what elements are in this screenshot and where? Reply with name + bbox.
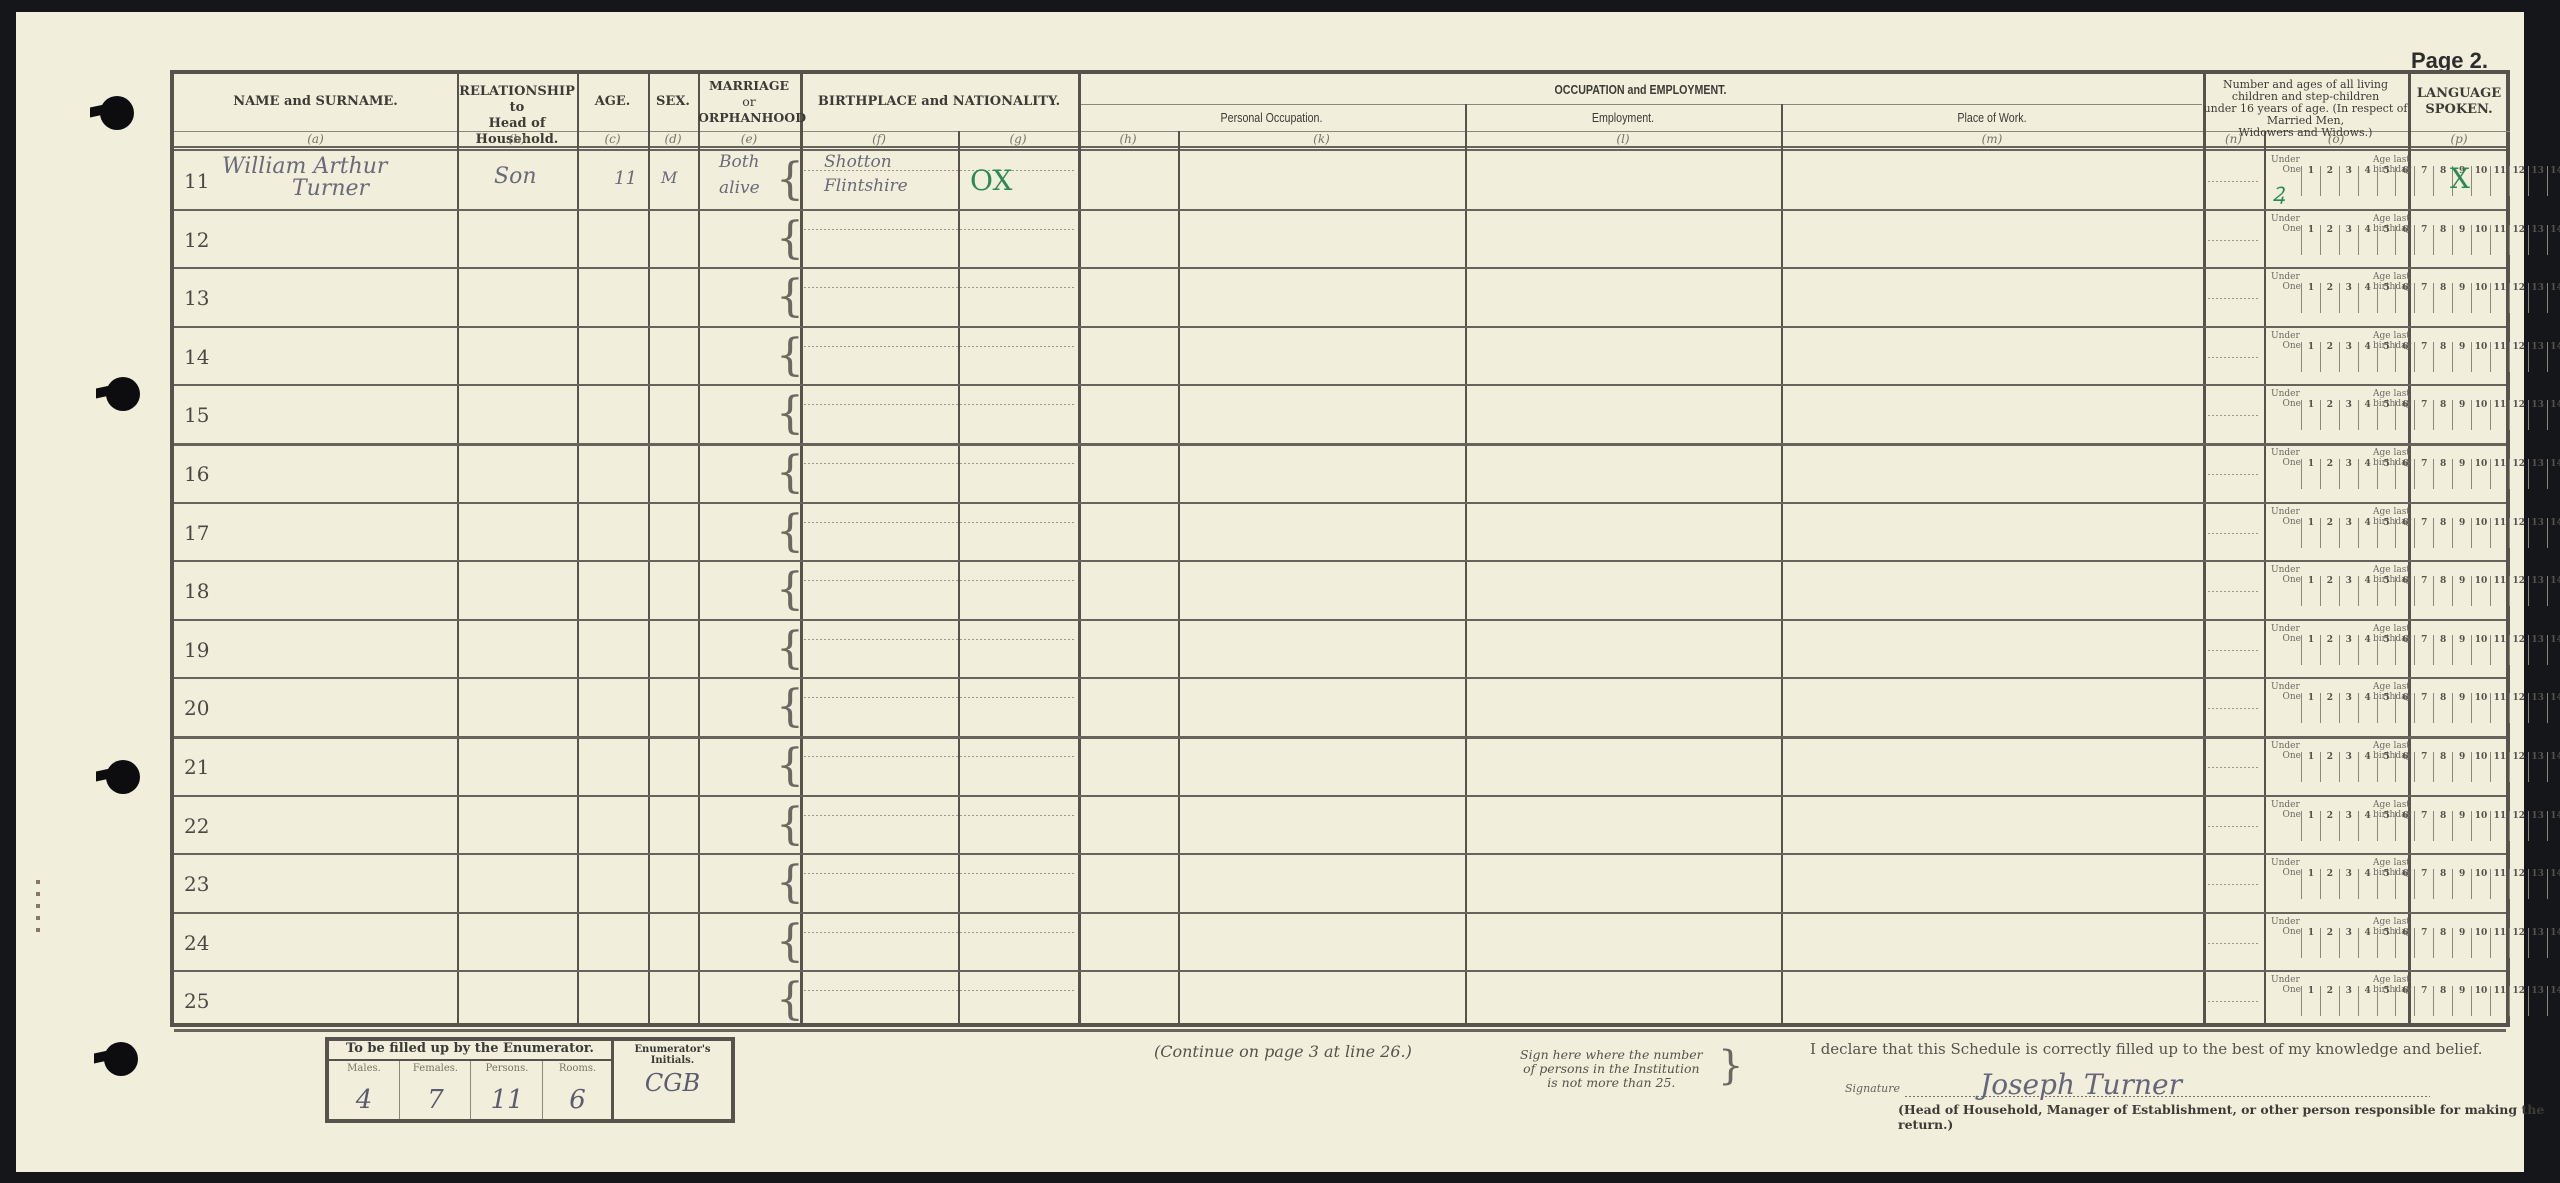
age-column-12: 12: [2509, 576, 2528, 606]
age-column-13: 13: [2528, 400, 2547, 430]
under-one-label: Under One: [2271, 975, 2301, 995]
birthplace-cell[interactable]: Shotton: [824, 152, 892, 172]
age-columns: 123456789101112131415: [2301, 225, 2560, 255]
age-column-6: 6: [2395, 811, 2414, 841]
table-row: 15 { Under One Age last birthday 1234567…: [174, 386, 2506, 445]
age-column-10: 10: [2471, 752, 2490, 782]
age-column-8: 8: [2433, 693, 2452, 723]
age-column-9: 9: [2452, 869, 2471, 899]
row-number: 11: [184, 169, 209, 193]
age-column-14: 14: [2547, 986, 2560, 1016]
age-column-7: 7: [2414, 693, 2433, 723]
age-column-12: 12: [2509, 869, 2528, 899]
brace-icon: {: [776, 861, 804, 905]
age-column-3: 3: [2339, 342, 2358, 372]
row-ruling: [804, 287, 1074, 288]
children-age-grid[interactable]: Under One Age last birthday 123456789101…: [2267, 388, 2407, 442]
age-column-7: 7: [2414, 283, 2433, 313]
age-column-7: 7: [2414, 166, 2433, 196]
age-column-5: 5: [2377, 928, 2396, 958]
column-letter-e: (e): [698, 132, 800, 146]
brace-icon: {: [776, 451, 804, 495]
age-column-10: 10: [2471, 576, 2490, 606]
row-ruling: [804, 522, 1074, 523]
age-column-10: 10: [2471, 459, 2490, 489]
age-column-3: 3: [2339, 635, 2358, 665]
row-number: 17: [184, 521, 209, 545]
age-column-2: 2: [2320, 869, 2339, 899]
nationality-check-mark[interactable]: OX: [970, 164, 1012, 197]
age-column-6: 6: [2395, 986, 2414, 1016]
age-column-10: 10: [2471, 342, 2490, 372]
marriage-cell[interactable]: Both: [719, 152, 760, 172]
declaration-text: I declare that this Schedule is correctl…: [1810, 1040, 2483, 1058]
age-column-2: 2: [2320, 400, 2339, 430]
age-column-10: 10: [2471, 166, 2490, 196]
age-column-1: 1: [2301, 225, 2320, 255]
children-age-grid[interactable]: Under One Age last birthday 123456789101…: [2267, 681, 2407, 735]
age-column-10: 10: [2471, 635, 2490, 665]
age-column-9: 9: [2452, 928, 2471, 958]
row-ruling: [2208, 474, 2260, 475]
age-column-6: 6: [2395, 459, 2414, 489]
column-letter-n: (n): [2203, 132, 2264, 146]
age-column-10: 10: [2471, 928, 2490, 958]
age-column-4: 4: [2358, 869, 2377, 899]
brace-icon: {: [776, 627, 804, 671]
males-value: 4: [329, 1085, 399, 1115]
rooms-field[interactable]: Rooms.6: [542, 1061, 612, 1119]
age-column-8: 8: [2433, 518, 2452, 548]
age-column-5: 5: [2377, 166, 2396, 196]
age-column-2: 2: [2320, 811, 2339, 841]
under-one-label: Under One: [2271, 272, 2301, 292]
table-row: 12 { Under One Age last birthday 1234567…: [174, 211, 2506, 270]
header-occupation: OCCUPATION and EMPLOYMENT.: [1179, 82, 2102, 98]
age-columns: 123456789101112131415: [2301, 752, 2560, 782]
age-column-4: 4: [2358, 752, 2377, 782]
age-column-5: 5: [2377, 811, 2396, 841]
females-label: Females.: [400, 1063, 471, 1074]
brace-icon: {: [776, 978, 804, 1022]
marriage-cell-line2[interactable]: alive: [719, 178, 760, 198]
age-column-9: 9: [2452, 459, 2471, 489]
row-ruling: [804, 697, 1074, 698]
age-column-4: 4: [2358, 166, 2377, 196]
age-column-4: 4: [2358, 576, 2377, 606]
age-column-8: 8: [2433, 811, 2452, 841]
age-column-6: 6: [2395, 283, 2414, 313]
enumerator-title: To be filled up by the Enumerator.: [329, 1041, 611, 1061]
age-column-14: 14: [2547, 635, 2560, 665]
age-column-9: 9: [2452, 283, 2471, 313]
row-ruling: [804, 932, 1074, 933]
column-letter-b: (b): [457, 132, 577, 146]
age-columns: 123456789101112131415: [2301, 342, 2560, 372]
age-column-7: 7: [2414, 342, 2433, 372]
age-column-1: 1: [2301, 869, 2320, 899]
age-column-3: 3: [2339, 693, 2358, 723]
row-ruling: [2208, 767, 2260, 768]
age-column-4: 4: [2358, 225, 2377, 255]
age-column-5: 5: [2377, 342, 2396, 372]
row-ruling: [804, 756, 1074, 757]
table-row: 25 { Under One Age last birthday 1234567…: [174, 972, 2506, 1031]
brace-icon: {: [776, 568, 804, 612]
rooms-value: 6: [543, 1085, 612, 1115]
under-one-label: Under One: [2271, 214, 2301, 234]
column-letter-h: (h): [1078, 132, 1178, 146]
row-ruling: [2208, 415, 2260, 416]
under-one-label: Under One: [2271, 682, 2301, 702]
age-column-11: 11: [2490, 225, 2509, 255]
age-column-6: 6: [2395, 869, 2414, 899]
children-age-grid[interactable]: Under One Age last birthday 123456789101…: [2267, 799, 2407, 853]
age-column-10: 10: [2471, 225, 2490, 255]
age-column-7: 7: [2414, 518, 2433, 548]
row-ruling: [804, 463, 1074, 464]
age-column-13: 13: [2528, 342, 2547, 372]
age-column-10: 10: [2471, 986, 2490, 1016]
age-column-8: 8: [2433, 752, 2452, 782]
age-column-14: 14: [2547, 459, 2560, 489]
children-age-grid[interactable]: Under One Age last birthday 123456789101…: [2267, 857, 2407, 911]
age-column-4: 4: [2358, 400, 2377, 430]
age-column-5: 5: [2377, 869, 2396, 899]
persons-field[interactable]: Persons.11: [470, 1061, 543, 1119]
age-column-12: 12: [2509, 928, 2528, 958]
age-column-14: 14: [2547, 225, 2560, 255]
table-row: 16 { Under One Age last birthday 1234567…: [174, 445, 2506, 504]
age-column-3: 3: [2339, 225, 2358, 255]
header-birthplace: BIRTHPLACE and NATIONALITY.: [800, 94, 1078, 110]
row-number: 19: [184, 638, 209, 662]
age-column-7: 7: [2414, 400, 2433, 430]
age-column-10: 10: [2471, 518, 2490, 548]
age-column-13: 13: [2528, 693, 2547, 723]
age-columns: 123456789101112131415: [2301, 166, 2560, 196]
age-column-12: 12: [2509, 400, 2528, 430]
age-column-11: 11: [2490, 635, 2509, 665]
under-one-label: Under One: [2271, 624, 2301, 644]
age-column-5: 5: [2377, 693, 2396, 723]
age-column-9: 9: [2452, 693, 2471, 723]
age-column-2: 2: [2320, 459, 2339, 489]
age-column-12: 12: [2509, 752, 2528, 782]
brace-icon: {: [776, 920, 804, 964]
age-columns: 123456789101112131415: [2301, 811, 2560, 841]
row-divider: [174, 1029, 2506, 1032]
row-ruling: [2208, 826, 2260, 827]
age-column-12: 12: [2509, 166, 2528, 196]
table-row: 14 { Under One Age last birthday 1234567…: [174, 328, 2506, 387]
age-column-3: 3: [2339, 459, 2358, 489]
age-column-14: 14: [2547, 811, 2560, 841]
age-column-12: 12: [2509, 225, 2528, 255]
age-column-6: 6: [2395, 928, 2414, 958]
row-number: 22: [184, 814, 209, 838]
age-column-12: 12: [2509, 283, 2528, 313]
under-one-label: Under One: [2271, 155, 2301, 175]
table-row: 17 { Under One Age last birthday 1234567…: [174, 504, 2506, 563]
age-column-5: 5: [2377, 576, 2396, 606]
column-letter-g: (g): [958, 132, 1078, 146]
age-column-13: 13: [2528, 811, 2547, 841]
rooms-label: Rooms.: [543, 1063, 612, 1074]
row-ruling: [2208, 298, 2260, 299]
age-column-11: 11: [2490, 693, 2509, 723]
age-column-6: 6: [2395, 225, 2414, 255]
age-column-13: 13: [2528, 518, 2547, 548]
females-value: 7: [400, 1085, 471, 1115]
age-column-13: 13: [2528, 459, 2547, 489]
age-column-4: 4: [2358, 518, 2377, 548]
age-column-3: 3: [2339, 576, 2358, 606]
age-column-5: 5: [2377, 283, 2396, 313]
age-column-7: 7: [2414, 576, 2433, 606]
age-cell[interactable]: 11: [614, 168, 637, 189]
brace-icon: {: [776, 334, 804, 378]
column-letter-o: (o): [2264, 132, 2408, 146]
language-check-mark[interactable]: X: [2450, 162, 2470, 195]
age-column-12: 12: [2509, 811, 2528, 841]
age-column-14: 14: [2547, 166, 2560, 196]
continue-note: (Continue on page 3 at line 26.): [1154, 1042, 1412, 1061]
age-column-3: 3: [2339, 518, 2358, 548]
age-column-13: 13: [2528, 576, 2547, 606]
age-column-1: 1: [2301, 928, 2320, 958]
row-ruling: [2208, 533, 2260, 534]
age-column-10: 10: [2471, 869, 2490, 899]
age-column-10: 10: [2471, 811, 2490, 841]
initials-label: Enumerator's Initials.: [614, 1044, 731, 1066]
age-column-4: 4: [2358, 928, 2377, 958]
persons-value: 11: [471, 1085, 543, 1115]
age-column-10: 10: [2471, 693, 2490, 723]
age-column-14: 14: [2547, 283, 2560, 313]
age-column-8: 8: [2433, 576, 2452, 606]
children-age-grid[interactable]: Under One Age last birthday 123456789101…: [2267, 564, 2407, 618]
age-column-4: 4: [2358, 342, 2377, 372]
persons-label: Persons.: [471, 1063, 543, 1074]
age-column-2: 2: [2320, 635, 2339, 665]
brace-icon: {: [776, 685, 804, 729]
age-column-1: 1: [2301, 400, 2320, 430]
row-number: 24: [184, 931, 209, 955]
age-column-5: 5: [2377, 518, 2396, 548]
column-letter-m: (m): [1781, 132, 2203, 146]
row-number: 13: [184, 286, 209, 310]
enumerator-initials-field[interactable]: Enumerator's Initials.CGB: [611, 1041, 731, 1119]
age-column-12: 12: [2509, 693, 2528, 723]
brace-icon: }: [1718, 1046, 1743, 1086]
brace-icon: {: [776, 217, 804, 261]
age-column-7: 7: [2414, 869, 2433, 899]
initials-value: CGB: [614, 1069, 731, 1097]
age-column-3: 3: [2339, 986, 2358, 1016]
age-column-10: 10: [2471, 400, 2490, 430]
age-column-1: 1: [2301, 459, 2320, 489]
age-column-1: 1: [2301, 518, 2320, 548]
under-one-label: Under One: [2271, 331, 2301, 351]
age-column-7: 7: [2414, 459, 2433, 489]
age-column-7: 7: [2414, 986, 2433, 1016]
header-name: NAME and SURNAME.: [174, 94, 457, 110]
punch-hole: [106, 760, 140, 794]
table-row: 22 { Under One Age last birthday 1234567…: [174, 797, 2506, 856]
row-ruling: [2208, 181, 2260, 182]
age-column-11: 11: [2490, 342, 2509, 372]
age-column-2: 2: [2320, 752, 2339, 782]
age-column-5: 5: [2377, 635, 2396, 665]
age-column-14: 14: [2547, 928, 2560, 958]
row-number: 18: [184, 579, 209, 603]
children-age-grid[interactable]: Under One Age last birthday 123456789101…: [2267, 506, 2407, 560]
age-column-6: 6: [2395, 693, 2414, 723]
header-sex: SEX.: [648, 94, 698, 110]
age-column-1: 1: [2301, 986, 2320, 1016]
row-number: 16: [184, 462, 209, 486]
column-letter-p: (p): [2408, 132, 2510, 146]
under-one-label: Under One: [2271, 741, 2301, 761]
sex-cell[interactable]: M: [661, 168, 677, 187]
birthplace-cell-line2[interactable]: Flintshire: [824, 176, 908, 196]
age-columns: 123456789101112131415: [2301, 459, 2560, 489]
age-column-2: 2: [2320, 518, 2339, 548]
row-number: 20: [184, 696, 209, 720]
under-one-label: Under One: [2271, 448, 2301, 468]
age-column-1: 1: [2301, 166, 2320, 196]
age-column-14: 14: [2547, 342, 2560, 372]
age-column-11: 11: [2490, 459, 2509, 489]
column-letter-c: (c): [577, 132, 648, 146]
age-column-1: 1: [2301, 811, 2320, 841]
age-column-8: 8: [2433, 225, 2452, 255]
children-age-grid[interactable]: Under One Age last birthday 123456789101…: [2267, 740, 2407, 794]
header-employment: Employment.: [1493, 110, 1752, 126]
age-column-8: 8: [2433, 869, 2452, 899]
children-age-grid[interactable]: Under One Age last birthday 123456789101…: [2267, 916, 2407, 970]
age-column-9: 9: [2452, 225, 2471, 255]
under-one-label: Under One: [2271, 917, 2301, 937]
males-field[interactable]: Males.4: [329, 1061, 399, 1119]
age-column-8: 8: [2433, 400, 2452, 430]
age-column-6: 6: [2395, 342, 2414, 372]
age-column-9: 9: [2452, 811, 2471, 841]
children-mark[interactable]: Ꝝ: [2272, 180, 2285, 207]
age-column-13: 13: [2528, 869, 2547, 899]
age-column-3: 3: [2339, 752, 2358, 782]
age-column-5: 5: [2377, 225, 2396, 255]
age-column-9: 9: [2452, 400, 2471, 430]
age-columns: 123456789101112131415: [2301, 518, 2560, 548]
surname-cell[interactable]: Turner: [292, 176, 369, 201]
age-column-9: 9: [2452, 342, 2471, 372]
row-ruling: [2208, 240, 2260, 241]
age-column-14: 14: [2547, 518, 2560, 548]
age-column-12: 12: [2509, 459, 2528, 489]
household-table: NAME and SURNAME. (a) RELATIONSHIP toHea…: [170, 70, 2510, 1027]
institution-note: Sign here where the numberof persons in …: [1520, 1048, 1703, 1090]
age-column-5: 5: [2377, 752, 2396, 782]
children-age-grid[interactable]: Under One Age last birthday 123456789101…: [2267, 330, 2407, 384]
header-personal-occupation: Personal Occupation.: [1113, 110, 1430, 126]
relationship-cell[interactable]: Son: [494, 164, 537, 189]
enumerator-box: To be filled up by the Enumerator. Males…: [325, 1037, 735, 1123]
children-age-grid[interactable]: Under One Age last birthday 123456789101…: [2267, 974, 2407, 1028]
age-column-9: 9: [2452, 986, 2471, 1016]
age-column-12: 12: [2509, 342, 2528, 372]
age-column-11: 11: [2490, 283, 2509, 313]
row-ruling: [2208, 650, 2260, 651]
age-column-4: 4: [2358, 459, 2377, 489]
column-letter-d: (d): [648, 132, 698, 146]
age-column-6: 6: [2395, 576, 2414, 606]
age-column-5: 5: [2377, 986, 2396, 1016]
punch-hole: [100, 96, 134, 130]
age-column-2: 2: [2320, 693, 2339, 723]
table-row: 21 { Under One Age last birthday 1234567…: [174, 738, 2506, 797]
age-column-2: 2: [2320, 342, 2339, 372]
age-column-7: 7: [2414, 225, 2433, 255]
age-column-6: 6: [2395, 635, 2414, 665]
age-column-2: 2: [2320, 928, 2339, 958]
age-columns: 123456789101112131415: [2301, 693, 2560, 723]
age-column-14: 14: [2547, 869, 2560, 899]
age-column-11: 11: [2490, 928, 2509, 958]
age-columns: 123456789101112131415: [2301, 986, 2560, 1016]
signature-field[interactable]: Joseph Turner: [1980, 1068, 2182, 1101]
children-age-grid[interactable]: Under One Age last birthday 123456789101…: [2267, 271, 2407, 325]
punch-hole: [106, 377, 140, 411]
children-age-grid[interactable]: Under One Age last birthday 123456789101…: [2267, 447, 2407, 501]
row-ruling: [2208, 708, 2260, 709]
age-column-2: 2: [2320, 166, 2339, 196]
column-letter-l: (l): [1465, 132, 1781, 146]
age-column-6: 6: [2395, 518, 2414, 548]
row-ruling: [2208, 357, 2260, 358]
children-age-grid[interactable]: Under One Age last birthday 123456789101…: [2267, 154, 2407, 208]
brace-icon: {: [776, 510, 804, 554]
age-column-8: 8: [2433, 459, 2452, 489]
age-column-12: 12: [2509, 635, 2528, 665]
age-column-1: 1: [2301, 576, 2320, 606]
age-column-9: 9: [2452, 518, 2471, 548]
age-column-3: 3: [2339, 166, 2358, 196]
row-ruling: [2208, 884, 2260, 885]
age-column-9: 9: [2452, 752, 2471, 782]
males-label: Males.: [329, 1063, 399, 1074]
age-column-3: 3: [2339, 811, 2358, 841]
age-column-3: 3: [2339, 400, 2358, 430]
age-column-11: 11: [2490, 576, 2509, 606]
children-age-grid[interactable]: Under One Age last birthday 123456789101…: [2267, 213, 2407, 267]
age-column-11: 11: [2490, 986, 2509, 1016]
row-number: 15: [184, 403, 209, 427]
row-ruling: [804, 404, 1074, 405]
age-column-2: 2: [2320, 283, 2339, 313]
children-age-grid[interactable]: Under One Age last birthday 123456789101…: [2267, 623, 2407, 677]
row-ruling: [2208, 1001, 2260, 1002]
age-column-4: 4: [2358, 811, 2377, 841]
age-column-8: 8: [2433, 635, 2452, 665]
table-row: 18 { Under One Age last birthday 1234567…: [174, 562, 2506, 621]
females-field[interactable]: Females.7: [399, 1061, 471, 1119]
header-place-of-work: Place of Work.: [1819, 110, 2165, 126]
age-column-14: 14: [2547, 400, 2560, 430]
row-ruling: [804, 815, 1074, 816]
row-ruling: [804, 229, 1074, 230]
